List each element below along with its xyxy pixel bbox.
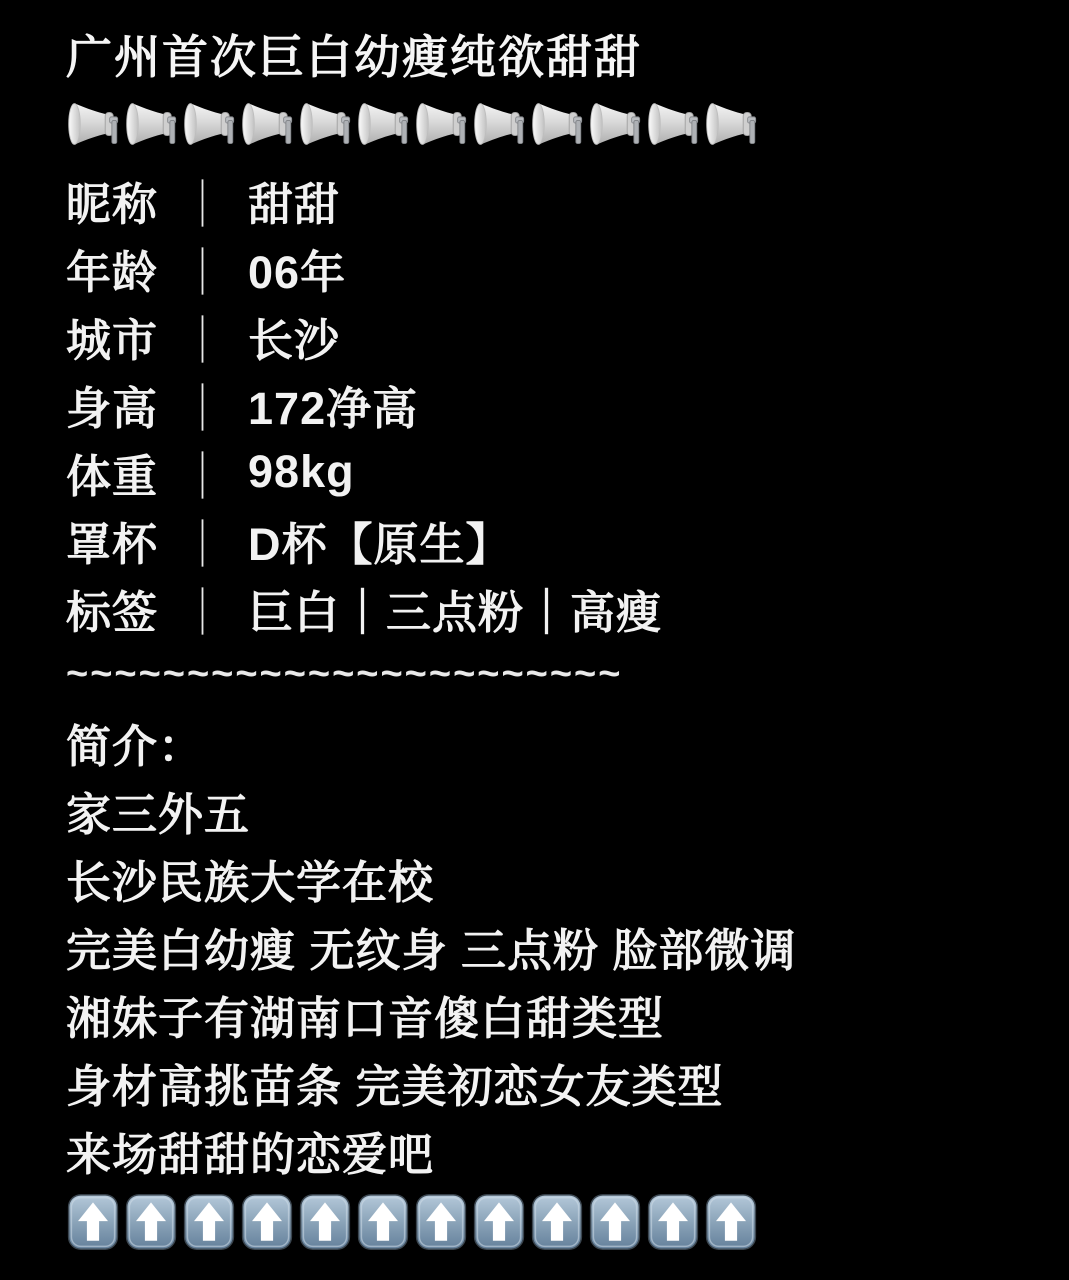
megaphone-row [66, 92, 1069, 156]
intro-line: 身材高挑苗条 完美初恋女友类型 [66, 1048, 1069, 1116]
intro-line: 完美白幼瘦 无纹身 三点粉 脸部微调 [66, 912, 1069, 980]
loudspeaker-emoji-icon [182, 94, 239, 154]
separator-bar: ｜ [180, 574, 226, 642]
up-arrow-emoji-icon [124, 1192, 178, 1252]
field-value: 06年 [248, 236, 346, 301]
field-value: 长沙 [248, 304, 340, 369]
up-arrow-emoji-icon [182, 1192, 236, 1252]
loudspeaker-emoji-icon [356, 94, 413, 154]
post-title: 广州首次巨白幼瘦纯欲甜甜 [66, 26, 1069, 88]
field-label: 城市 [66, 304, 162, 369]
field-row-tags: 标签 ｜ 巨白｜三点粉｜高瘦 [66, 574, 1069, 642]
field-row-weight: 体重 ｜ 98kg [66, 438, 1069, 506]
intro-line: 湘妹子有湖南口音傻白甜类型 [66, 980, 1069, 1048]
intro-line: 家三外五 [66, 776, 1069, 844]
field-value: 甜甜 [248, 168, 340, 233]
loudspeaker-emoji-icon [472, 94, 529, 154]
up-arrow-emoji-icon [414, 1192, 468, 1252]
profile-fields: 昵称 ｜ 甜甜 年龄 ｜ 06年 城市 ｜ 长沙 身高 ｜ 172净高 体重 ｜… [66, 166, 1069, 642]
up-arrow-emoji-icon [66, 1192, 120, 1252]
field-value: 巨白｜三点粉｜高瘦 [248, 576, 662, 641]
loudspeaker-emoji-icon [646, 94, 703, 154]
field-label: 罩杯 [66, 508, 162, 573]
field-row-nickname: 昵称 ｜ 甜甜 [66, 166, 1069, 234]
separator-bar: ｜ [180, 234, 226, 302]
field-row-cup: 罩杯 ｜ D杯【原生】 [66, 506, 1069, 574]
separator-bar: ｜ [180, 506, 226, 574]
up-arrow-emoji-icon [472, 1192, 526, 1252]
loudspeaker-emoji-icon [414, 94, 471, 154]
up-arrow-emoji-icon [240, 1192, 294, 1252]
loudspeaker-emoji-icon [124, 94, 181, 154]
field-label: 身高 [66, 372, 162, 437]
field-row-city: 城市 ｜ 长沙 [66, 302, 1069, 370]
separator-bar: ｜ [180, 302, 226, 370]
intro-line: 来场甜甜的恋爱吧 [66, 1116, 1069, 1184]
profile-post: 广州首次巨白幼瘦纯欲甜甜 [0, 0, 1069, 1254]
field-label: 标签 [66, 576, 162, 641]
loudspeaker-emoji-icon [704, 94, 761, 154]
field-value: 172净高 [248, 372, 418, 437]
up-arrow-emoji-icon [298, 1192, 352, 1252]
intro-heading: 简介： [66, 708, 1069, 776]
separator-bar: ｜ [180, 166, 226, 234]
up-arrow-emoji-icon [530, 1192, 584, 1252]
loudspeaker-emoji-icon [298, 94, 355, 154]
up-arrow-emoji-icon [356, 1192, 410, 1252]
intro-section: 简介： 家三外五 长沙民族大学在校 完美白幼瘦 无纹身 三点粉 脸部微调 湘妹子… [66, 708, 1069, 1184]
field-label: 年龄 [66, 236, 162, 301]
loudspeaker-emoji-icon [588, 94, 645, 154]
intro-line: 长沙民族大学在校 [66, 844, 1069, 912]
field-label: 昵称 [66, 168, 162, 233]
separator-bar: ｜ [180, 438, 226, 506]
loudspeaker-emoji-icon [66, 94, 123, 154]
up-arrow-emoji-icon [646, 1192, 700, 1252]
separator-bar: ｜ [180, 370, 226, 438]
field-value: 98kg [248, 446, 355, 498]
tilde-divider: ~~~~~~~~~~~~~~~~~~~~~~~ [66, 642, 766, 706]
loudspeaker-emoji-icon [530, 94, 587, 154]
up-arrow-row [66, 1190, 1069, 1254]
field-row-height: 身高 ｜ 172净高 [66, 370, 1069, 438]
loudspeaker-emoji-icon [240, 94, 297, 154]
field-row-age: 年龄 ｜ 06年 [66, 234, 1069, 302]
up-arrow-emoji-icon [588, 1192, 642, 1252]
field-label: 体重 [66, 440, 162, 505]
up-arrow-emoji-icon [704, 1192, 758, 1252]
field-value: D杯【原生】 [248, 508, 512, 573]
